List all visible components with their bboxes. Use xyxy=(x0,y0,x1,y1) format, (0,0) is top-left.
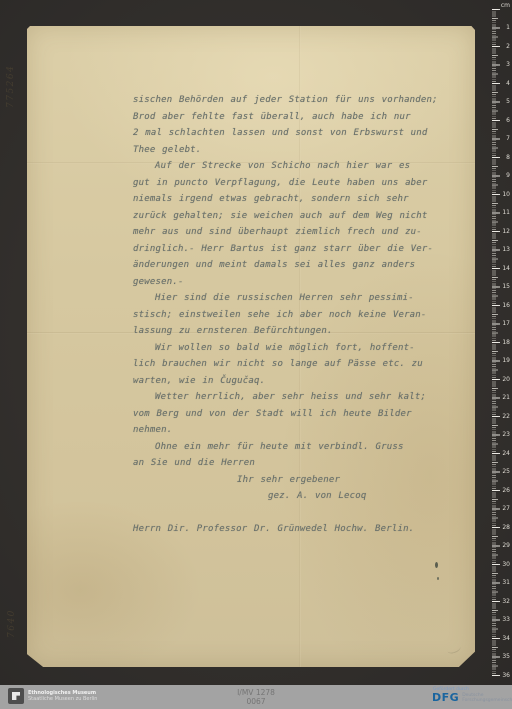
ruler-number: 13 xyxy=(502,247,510,253)
ruler-number: 4 xyxy=(506,81,510,87)
ruler-number: 32 xyxy=(502,599,510,605)
ruler-number: 26 xyxy=(502,488,510,494)
ruler-number: 23 xyxy=(502,432,510,438)
ruler-number: 14 xyxy=(502,266,510,272)
ruler-number: 34 xyxy=(502,636,510,642)
letter-line: lassung zu ernsteren Befürchtungen. xyxy=(133,323,443,340)
ruler-number: 21 xyxy=(502,395,510,401)
letter-line: warten, wie in Čugučaq. xyxy=(133,373,443,390)
letter-line: zurück gehalten; sie weichen auch auf de… xyxy=(133,208,443,225)
ruler-number: 33 xyxy=(502,617,510,623)
letter-line: änderungen und meint damals sei alles ga… xyxy=(133,257,443,274)
ink-speck xyxy=(437,577,439,580)
letter-line: Brod aber fehlte fast überall, auch habe… xyxy=(133,109,443,126)
letter-line: Hier sind die russischen Herren sehr pes… xyxy=(133,290,443,307)
letter-line: 2 mal schlachten lassen und sonst von Er… xyxy=(133,125,443,142)
ruler-number: 15 xyxy=(502,284,510,290)
scan-viewer-page: sischen Behörden auf jeder Station für u… xyxy=(0,0,512,709)
ruler-number: 24 xyxy=(502,451,510,457)
ruler-number: 19 xyxy=(502,358,510,364)
letter-line: Auf der Strecke von Schicho nach hier wa… xyxy=(133,158,443,175)
letter-line: vom Berg und von der Stadt will ich heut… xyxy=(133,406,443,423)
letter-body: sischen Behörden auf jeder Station für u… xyxy=(133,92,443,538)
letter-line: niemals irgend etwas gebracht, sondern s… xyxy=(133,191,443,208)
letter-line: Ohne ein mehr für heute mit verbindl. Gr… xyxy=(133,439,443,456)
faint-pencil-mark xyxy=(446,642,462,654)
ruler-number: 25 xyxy=(502,469,510,475)
letter-line: gewesen.- xyxy=(133,274,443,291)
ruler-number: 27 xyxy=(502,506,510,512)
letter-line xyxy=(133,505,443,522)
cm-ruler: cm 1234567891011121314151617181920212223… xyxy=(492,0,512,685)
ruler-number: 16 xyxy=(502,303,510,309)
ruler-cm-ticks xyxy=(492,9,500,677)
letter-line: Thee gelebt. xyxy=(133,142,443,159)
letter-line: nehmen. xyxy=(133,422,443,439)
letter-sheet: sischen Behörden auf jeder Station für u… xyxy=(27,26,475,667)
dfg-full-name: Deutsche Forschungsgemeinschaft xyxy=(462,693,512,703)
dfg-logo-icon: DFG xyxy=(432,692,459,704)
letter-line: an Sie und die Herren xyxy=(133,455,443,472)
letter-line: Ihr sehr ergebener xyxy=(133,472,443,489)
ruler-number: 18 xyxy=(502,340,510,346)
dfg-name-line2: Forschungsgemeinschaft xyxy=(462,698,512,703)
ruler-number: 36 xyxy=(502,673,510,679)
ruler-number: 10 xyxy=(502,192,510,198)
ruler-number: 5 xyxy=(506,99,510,105)
letter-line: lich brauchen wir nicht so lange auf Päs… xyxy=(133,356,443,373)
ruler-number: 22 xyxy=(502,414,510,420)
ruler-number: 29 xyxy=(502,543,510,549)
ruler-number: 31 xyxy=(502,580,510,586)
pencil-inventory-number-top: 775264 xyxy=(6,65,16,108)
letter-line: mehr aus und sind überhaupt ziemlich fre… xyxy=(133,224,443,241)
letter-line: dringlich.- Herr Bartus ist ganz starr ü… xyxy=(133,241,443,258)
ruler-number: 11 xyxy=(502,210,510,216)
ruler-number: 7 xyxy=(506,136,510,142)
footer-bar: Ethnologisches Museum Staatliche Museen … xyxy=(0,685,512,709)
ruler-number: 2 xyxy=(506,44,510,50)
ruler-number: 12 xyxy=(502,229,510,235)
ruler-number: 35 xyxy=(502,654,510,660)
ruler-number: 20 xyxy=(502,377,510,383)
letter-line: gut in puncto Verpflagung, die Leute hab… xyxy=(133,175,443,192)
letter-line: Wir wollen so bald wie möglich fort, hof… xyxy=(133,340,443,357)
ruler-number: 3 xyxy=(506,62,510,68)
ruler-number: 30 xyxy=(502,562,510,568)
pencil-inventory-number-bottom: 7640 xyxy=(7,609,17,638)
ruler-number: 1 xyxy=(506,25,510,31)
letter-line: gez. A. von Lecoq xyxy=(133,488,443,505)
dfg-funding-block: Gefördert durch DFG Deutsche Forschungsg… xyxy=(432,687,506,704)
letter-line: sischen Behörden auf jeder Station für u… xyxy=(133,92,443,109)
letter-line: stisch; einstweilen sehe ich aber noch k… xyxy=(133,307,443,324)
ruler-number: 17 xyxy=(502,321,510,327)
ink-speck xyxy=(435,562,438,568)
ruler-number: 9 xyxy=(506,173,510,179)
ruler-unit-label: cm xyxy=(501,2,510,9)
ruler-number: 8 xyxy=(506,155,510,161)
letter-line: Wetter herrlich, aber sehr heiss und seh… xyxy=(133,389,443,406)
ruler-number: 28 xyxy=(502,525,510,531)
letter-line: Herrn Dir. Professor Dr. Grünwedel Hochw… xyxy=(133,521,443,538)
ruler-number: 6 xyxy=(506,118,510,124)
